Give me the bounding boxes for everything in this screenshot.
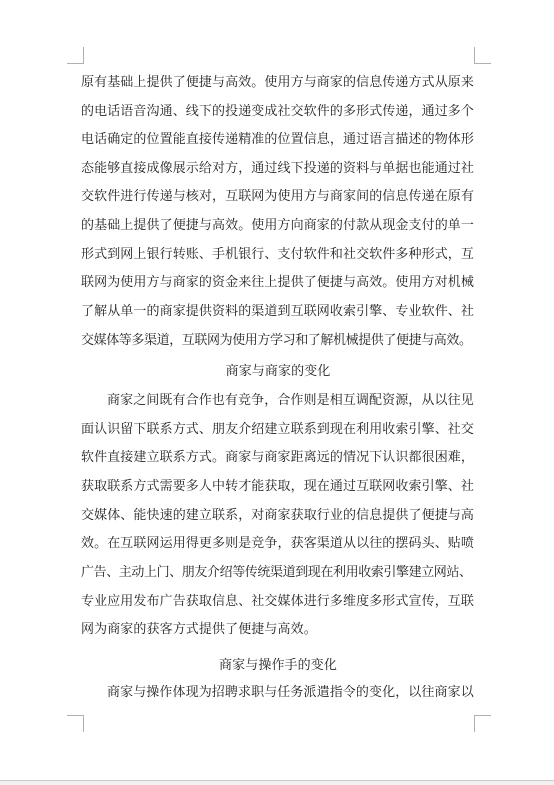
section-heading: 商家与商家的变化 — [81, 363, 475, 378]
document-page: 原有基础上提供了便捷与高效。使用方与商家的信息传递方式从原来 的电话语音沟通、线… — [0, 0, 554, 785]
paragraph-line: 原有基础上提供了便捷与高效。使用方与商家的信息传递方式从原来 — [81, 74, 475, 89]
paragraph-line: 商家与操作体现为招聘求职与任务派遣指令的变化，以往商家以 — [81, 684, 475, 699]
paragraph-line: 联网为使用方与商家的资金来往上提供了便捷与高效。使用方对机械 — [81, 274, 475, 289]
crop-mark-top-left — [67, 47, 84, 64]
paragraph-line: 专业应用发布广告获取信息、社交媒体进行多维度多形式宣传，互联 — [81, 593, 475, 608]
paragraph-line: 电话确定的位置能直接传递精准的位置信息，通过语言描述的物体形 — [81, 131, 475, 146]
paragraph-line: 态能够直接成像展示给对方，通过线下投递的资料与单据也能通过社 — [81, 160, 475, 175]
crop-mark-bottom-left — [67, 715, 84, 732]
crop-mark-top-right — [474, 47, 491, 64]
paragraph-line: 广告、主动上门、朋友介绍等传统渠道到现在利用收索引擎建立网站、 — [81, 564, 475, 579]
paragraph-line: 面认识留下联系方式、朋友介绍建立联系到现在利用收索引擎、社交 — [81, 421, 475, 436]
page-bottom-edge — [0, 780, 554, 785]
paragraph-line: 交软件进行传递与核对，互联网为使用方与商家间的信息传递在原有 — [81, 188, 475, 203]
paragraph-line: 效。在互联网运用得更多则是竞争，获客渠道从以往的摆码头、贴喷 — [81, 535, 475, 550]
paragraph-line: 商家之间既有合作也有竞争，合作则是相互调配资源，从以往见 — [81, 392, 475, 407]
paragraph-line: 获取联系方式需要多人中转才能获取，现在通过互联网收索引擎、社 — [81, 478, 475, 493]
paragraph-line: 网为商家的获客方式提供了便捷与高效。 — [81, 621, 475, 636]
crop-mark-bottom-right — [474, 715, 491, 732]
paragraph-line: 的电话语音沟通、线下的投递变成社交软件的多形式传递，通过多个 — [81, 103, 475, 118]
section-heading: 商家与操作手的变化 — [81, 657, 475, 672]
paragraph-line: 形式到网上银行转账、手机银行、支付软件和社交软件多种形式，互 — [81, 246, 475, 261]
paragraph-line: 的基础上提供了便捷与高效。使用方向商家的付款从现金支付的单一 — [81, 217, 475, 232]
paragraph-line: 了解从单一的商家提供资料的渠道到互联网收索引擎、专业软件、社 — [81, 303, 475, 318]
paragraph-line: 交媒体等多渠道，互联网为使用方学习和了解机械提供了便捷与高效。 — [81, 332, 475, 347]
paragraph-line: 软件直接建立联系方式。商家与商家距离远的情况下认识都很困难， — [81, 449, 475, 464]
paragraph-line: 交媒体、能快速的建立联系，对商家获取行业的信息提供了便捷与高 — [81, 507, 475, 522]
